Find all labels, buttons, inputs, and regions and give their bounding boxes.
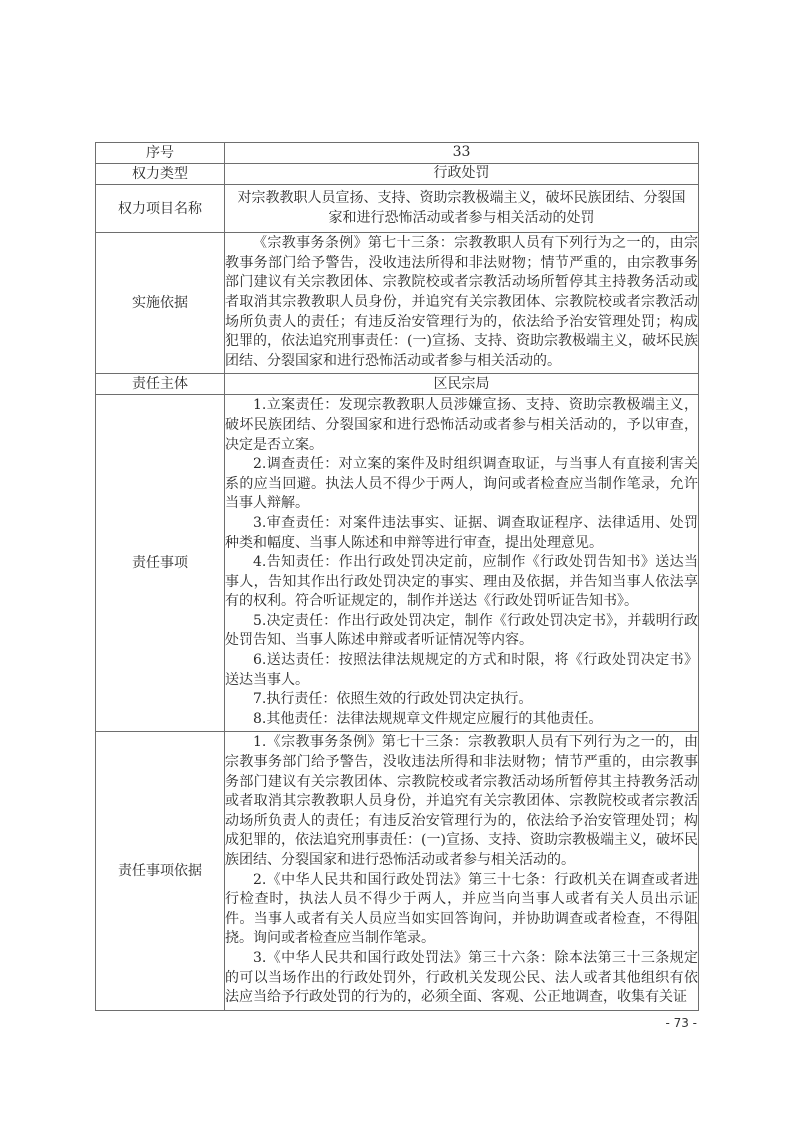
value-power-item-name: 对宗教教职人员宣扬、支持、资助宗教极端主义，破坏民族团结、分裂国家和进行恐怖活动… (225, 185, 699, 233)
value-responsibility-items: 1.立案责任：发现宗教教职人员涉嫌宣扬、支持、资助宗教极端主义，破坏民族团结、分… (225, 395, 699, 732)
label-power-type: 权力类型 (96, 164, 225, 185)
label-responsibility-basis: 责任事项依据 (96, 732, 225, 1010)
label-power-item-name: 权力项目名称 (96, 185, 225, 233)
responsibility-item-7: 7.执行责任：依照生效的行政处罚决定执行。 (225, 690, 698, 710)
basis-paragraph: 《宗教事务条例》第七十三条：宗教教职人员有下列行为之一的，由宗教事务部门给予警告… (225, 234, 698, 371)
row-responsibility-basis: 责任事项依据 1.《宗教事务条例》第七十三条：宗教教职人员有下列行为之一的，由宗… (96, 732, 699, 1010)
responsibility-basis-1: 1.《宗教事务条例》第七十三条：宗教教职人员有下列行为之一的，由宗教事务部门给予… (225, 733, 698, 870)
page-number: - 73 - (665, 1016, 697, 1030)
responsibility-item-4: 4.告知责任：作出行政处罚决定前，应制作《行政处罚告知书》送达当事人，告知其作出… (225, 553, 698, 612)
value-implementation-basis: 《宗教事务条例》第七十三条：宗教教职人员有下列行为之一的，由宗教事务部门给予警告… (225, 233, 699, 374)
responsibility-item-6: 6.送达责任：按照法律法规规定的方式和时限，将《行政处罚决定书》送达当事人。 (225, 651, 698, 690)
row-serial-number: 序号 33 (96, 143, 699, 164)
responsibility-item-2: 2.调查责任：对立案的案件及时组织调查取证，与当事人有直接利害关系的应当回避。执… (225, 455, 698, 514)
responsibility-item-8: 8.其他责任：法律法规规章文件规定应履行的其他责任。 (225, 710, 698, 730)
row-power-item-name: 权力项目名称 对宗教教职人员宣扬、支持、资助宗教极端主义，破坏民族团结、分裂国家… (96, 185, 699, 233)
value-power-type: 行政处罚 (225, 164, 699, 185)
power-item-table: 序号 33 权力类型 行政处罚 权力项目名称 对宗教教职人员宣扬、支持、资助宗教… (95, 142, 699, 1011)
label-implementation-basis: 实施依据 (96, 233, 225, 374)
row-implementation-basis: 实施依据 《宗教事务条例》第七十三条：宗教教职人员有下列行为之一的，由宗教事务部… (96, 233, 699, 374)
document-page: 序号 33 权力类型 行政处罚 权力项目名称 对宗教教职人员宣扬、支持、资助宗教… (0, 0, 793, 1122)
value-serial-number: 33 (225, 143, 699, 164)
responsibility-item-1: 1.立案责任：发现宗教教职人员涉嫌宣扬、支持、资助宗教极端主义，破坏民族团结、分… (225, 396, 698, 455)
label-responsibility-items: 责任事项 (96, 395, 225, 732)
label-responsible-subject: 责任主体 (96, 374, 225, 395)
responsibility-item-5: 5.决定责任：作出行政处罚决定，制作《行政处罚决定书》，并载明行政处罚告知、当事… (225, 612, 698, 651)
responsibility-basis-2: 2.《中华人民共和国行政处罚法》第三十七条：行政机关在调查或者进行检查时，执法人… (225, 871, 698, 949)
value-responsibility-basis: 1.《宗教事务条例》第七十三条：宗教教职人员有下列行为之一的，由宗教事务部门给予… (225, 732, 699, 1010)
row-power-type: 权力类型 行政处罚 (96, 164, 699, 185)
row-responsible-subject: 责任主体 区民宗局 (96, 374, 699, 395)
label-serial-number: 序号 (96, 143, 225, 164)
value-responsible-subject: 区民宗局 (225, 374, 699, 395)
row-responsibility-items: 责任事项 1.立案责任：发现宗教教职人员涉嫌宣扬、支持、资助宗教极端主义，破坏民… (96, 395, 699, 732)
responsibility-item-3: 3.审查责任：对案件违法事实、证据、调查取证程序、法律适用、处罚种类和幅度、当事… (225, 514, 698, 553)
responsibility-basis-3: 3.《中华人民共和国行政处罚法》第三十六条：除本法第三十三条规定的可以当场作出的… (225, 949, 698, 1008)
